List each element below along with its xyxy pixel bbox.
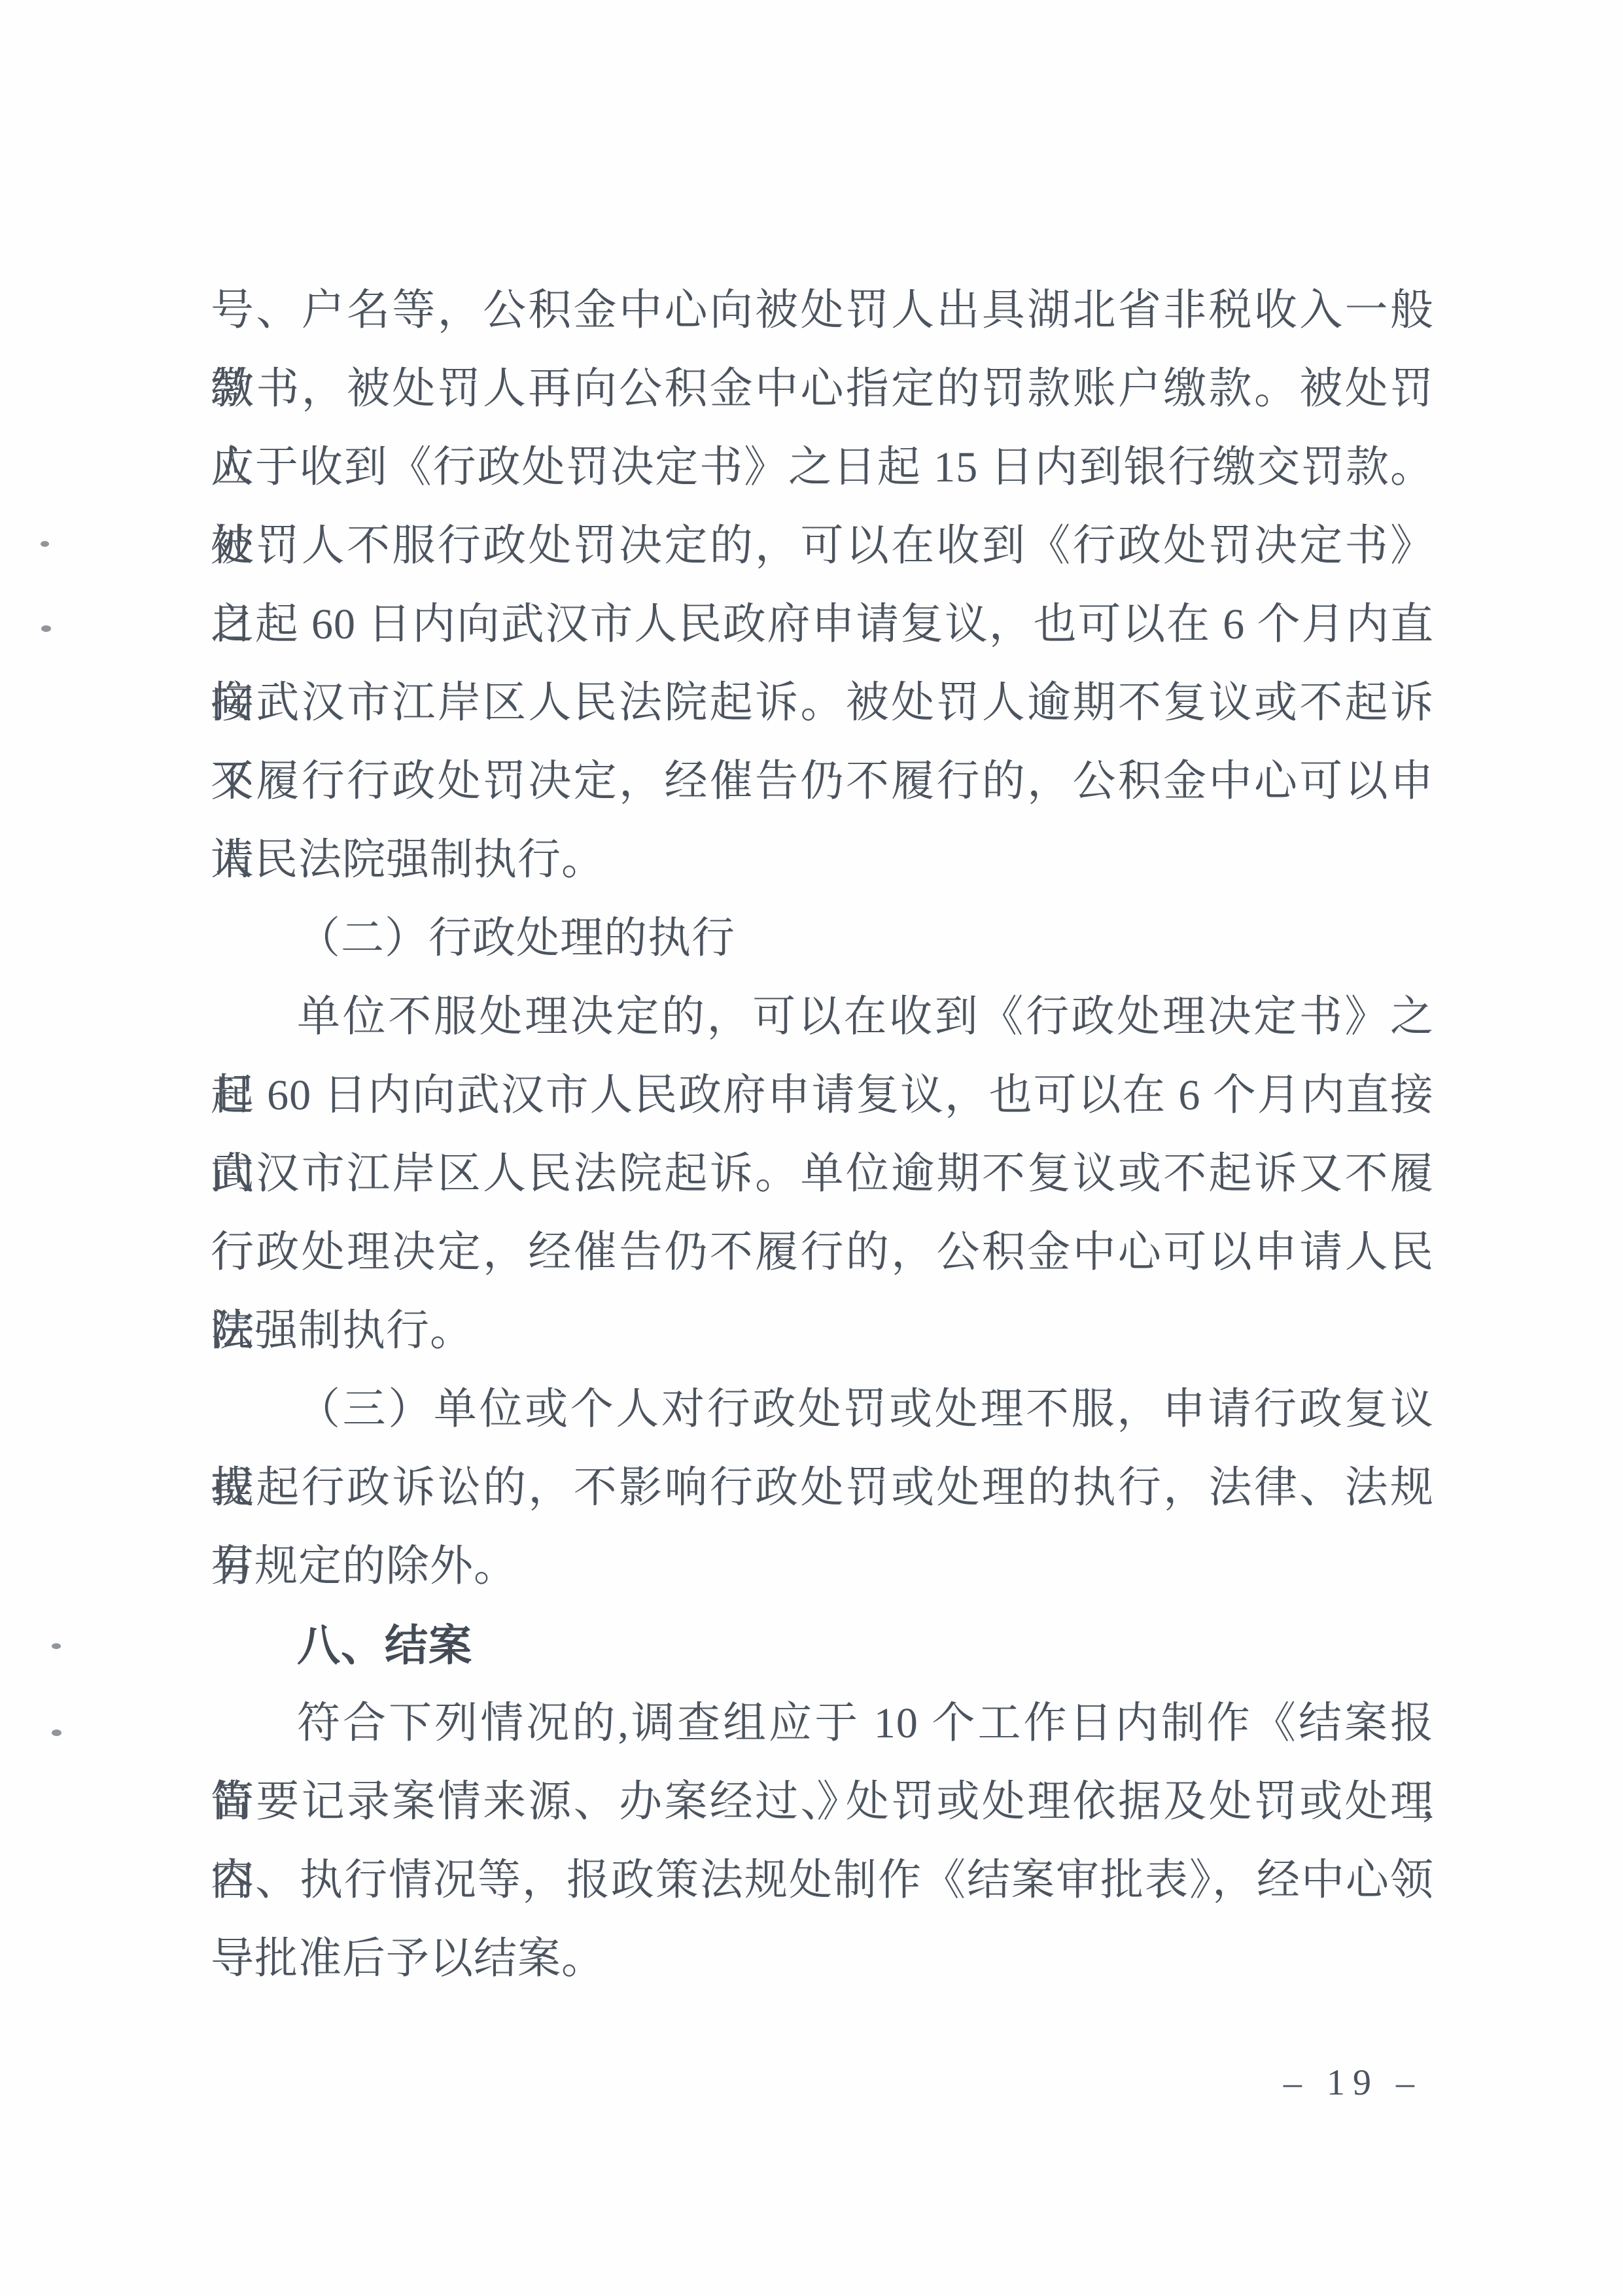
- text-line: 起 60 日内向武汉市人民政府申请复议，也可以在 6 个月内直接向: [211, 1056, 1434, 1135]
- text-line: 人民法院强制执行。: [211, 821, 1434, 899]
- text-line: 向武汉市江岸区人民法院起诉。被处罚人逾期不复议或不起诉又: [211, 664, 1434, 742]
- text-line: 行政处理决定，经催告仍不履行的，公积金中心可以申请人民法: [211, 1213, 1434, 1292]
- subsection-heading: （二）行政处理的执行: [211, 899, 1434, 978]
- text-line: 简要记录案情来源、办案经过、处罚或处理依据及处罚或处理内: [211, 1763, 1434, 1841]
- scan-speck: [52, 1643, 61, 1649]
- text-line: 应于收到《行政处罚决定书》之日起 15 日内到银行缴交罚款。被: [211, 428, 1434, 507]
- text-line: 容、执行情况等，报政策法规处制作《结案审批表》，经中心领: [211, 1841, 1434, 1920]
- text-line: 款书，被处罚人再向公积金中心指定的罚款账户缴款。被处罚人: [211, 350, 1434, 428]
- text-line: 处罚人不服行政处罚决定的，可以在收到《行政处罚决定书》之: [211, 507, 1434, 585]
- text-line: 院强制执行。: [211, 1292, 1434, 1370]
- scan-speck: [52, 1730, 61, 1736]
- text-line: （三）单位或个人对行政处罚或处理不服，申请行政复议或: [211, 1370, 1434, 1449]
- scan-speck: [41, 625, 51, 632]
- text-line: 武汉市江岸区人民法院起诉。单位逾期不复议或不起诉又不履行: [211, 1135, 1434, 1213]
- text-line: 导批准后予以结案。: [211, 1920, 1434, 1998]
- section-heading: 八、结案: [211, 1606, 1434, 1684]
- text-line: 不履行行政处罚决定，经催告仍不履行的，公积金中心可以申请: [211, 742, 1434, 821]
- text-line: 符合下列情况的,调查组应于 10 个工作日内制作《结案报告》,: [211, 1684, 1434, 1763]
- document-page: 号、户名等，公积金中心向被处罚人出具湖北省非税收入一般缴 款书，被处罚人再向公积…: [0, 0, 1623, 2296]
- document-body: 号、户名等，公积金中心向被处罚人出具湖北省非税收入一般缴 款书，被处罚人再向公积…: [211, 271, 1434, 1998]
- scan-speck: [41, 541, 49, 547]
- text-line: 日起 60 日内向武汉市人民政府申请复议，也可以在 6 个月内直接: [211, 585, 1434, 664]
- text-line: 单位不服处理决定的，可以在收到《行政处理决定书》之日: [211, 978, 1434, 1056]
- text-line: 有规定的除外。: [211, 1527, 1434, 1606]
- text-line: 提起行政诉讼的，不影响行政处罚或处理的执行，法律、法规另: [211, 1449, 1434, 1527]
- page-number: – 19 –: [1283, 2062, 1422, 2104]
- text-line: 号、户名等，公积金中心向被处罚人出具湖北省非税收入一般缴: [211, 271, 1434, 350]
